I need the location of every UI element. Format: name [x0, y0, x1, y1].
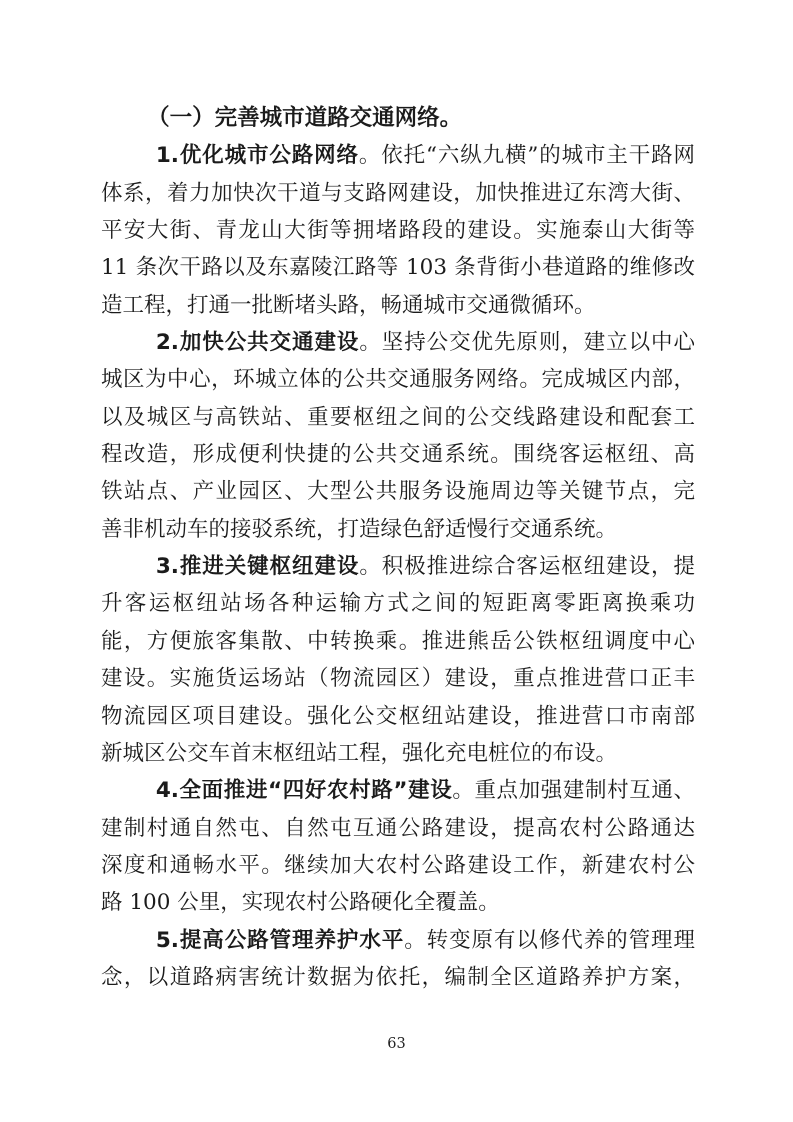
line-text: 路 100 公里，实现农村公路硬化全覆盖。 — [101, 890, 500, 915]
text-line: 造工程，打通一批断堵头路，畅通城市交通微循环。 — [101, 287, 695, 324]
line-text: 升客运枢纽站场各种运输方式之间的短距离零距离换乘功 — [101, 591, 695, 616]
line-text: 深度和通畅水平。继续加大农村公路建设工作，新建农村公 — [101, 853, 695, 878]
page-number: 63 — [0, 1034, 793, 1054]
document-body: （一）完善城市道路交通网络。1.优化城市公路网络。依托“六纵九横”的城市主干路网… — [101, 100, 695, 996]
line-text: 善非机动车的接驳系统，打造绿色舒适慢行交通系统。 — [101, 517, 617, 542]
line-text: 。依托“六纵九横”的城市主干路网 — [359, 143, 695, 168]
line-text: 体系，着力加快次干道与支路网建设，加快推进辽东湾大街、 — [101, 181, 695, 206]
text-line: 新城区公交车首末枢纽站工程，强化充电桩位的布设。 — [101, 735, 695, 772]
line-text: 11 条次干路以及东嘉陵江路等 103 条背街小巷道路的维修改 — [101, 255, 695, 280]
line-text: 建设。实施货运场站（物流园区）建设，重点推进营口正丰 — [101, 666, 695, 691]
text-line: 物流园区项目建设。强化公交枢纽站建设，推进营口市南部 — [101, 698, 695, 735]
text-line: 1.优化城市公路网络。依托“六纵九横”的城市主干路网 — [101, 137, 695, 174]
text-line: 11 条次干路以及东嘉陵江路等 103 条背街小巷道路的维修改 — [101, 249, 695, 286]
text-line: 念，以道路病害统计数据为依托，编制全区道路养护方案， — [101, 959, 695, 996]
text-line: 能，方便旅客集散、中转换乘。推进熊岳公铁枢纽调度中心 — [101, 623, 695, 660]
line-text: 造工程，打通一批断堵头路，畅通城市交通微循环。 — [101, 293, 596, 318]
text-line: 平安大街、青龙山大街等拥堵路段的建设。实施泰山大街等 — [101, 212, 695, 249]
text-line: 建制村通自然屯、自然屯互通公路建设，提高农村公路通达 — [101, 810, 695, 847]
text-line: 路 100 公里，实现农村公路硬化全覆盖。 — [101, 884, 695, 921]
text-line: 善非机动车的接驳系统，打造绿色舒适慢行交通系统。 — [101, 511, 695, 548]
text-line: 2.加快公共交通建设。坚持公交优先原则，建立以中心 — [101, 324, 695, 361]
text-line: 4.全面推进“四好农村路”建设。重点加强建制村互通、 — [101, 772, 695, 809]
text-line: 3.推进关键枢纽建设。积极推进综合客运枢纽建设，提 — [101, 548, 695, 585]
line-text: 。积极推进综合客运枢纽建设，提 — [359, 554, 695, 579]
text-line: 建设。实施货运场站（物流园区）建设，重点推进营口正丰 — [101, 660, 695, 697]
paragraph-lead-bold: 1.优化城市公路网络 — [156, 143, 359, 168]
document-page: （一）完善城市道路交通网络。1.优化城市公路网络。依托“六纵九横”的城市主干路网… — [0, 0, 793, 1122]
text-line: 5.提高公路管理养护水平。转变原有以修代养的管理理 — [101, 922, 695, 959]
line-text: 念，以道路病害统计数据为依托，编制全区道路养护方案， — [101, 965, 695, 990]
paragraph-lead-bold: 2.加快公共交通建设 — [156, 330, 360, 355]
text-line: 体系，着力加快次干道与支路网建设，加快推进辽东湾大街、 — [101, 175, 695, 212]
paragraph-lead-bold: 3.推进关键枢纽建设 — [156, 554, 360, 579]
line-text: （一）完善城市道路交通网络。 — [147, 105, 462, 131]
line-text: 能，方便旅客集散、中转换乘。推进熊岳公铁枢纽调度中心 — [101, 629, 695, 654]
line-text: 城区为中心，环城立体的公共交通服务网络。完成城区内部， — [101, 367, 695, 392]
text-line: 城区为中心，环城立体的公共交通服务网络。完成城区内部， — [101, 361, 695, 398]
line-text: 新城区公交车首末枢纽站工程，强化充电桩位的布设。 — [101, 741, 617, 766]
line-text: 建制村通自然屯、自然屯互通公路建设，提高农村公路通达 — [101, 816, 695, 841]
line-text: 程改造，形成便利快捷的公共交通系统。围绕客运枢纽、高 — [101, 442, 695, 467]
line-text: 。坚持公交优先原则，建立以中心 — [359, 330, 695, 355]
paragraph-lead-bold: 5.提高公路管理养护水平 — [156, 928, 404, 953]
line-text: 以及城区与高铁站、重要枢纽之间的公交线路建设和配套工 — [101, 405, 695, 430]
text-line: 深度和通畅水平。继续加大农村公路建设工作，新建农村公 — [101, 847, 695, 884]
section-heading: （一）完善城市道路交通网络。 — [101, 100, 695, 137]
line-text: 。重点加强建制村互通、 — [452, 778, 695, 803]
text-line: 以及城区与高铁站、重要枢纽之间的公交线路建设和配套工 — [101, 399, 695, 436]
text-line: 程改造，形成便利快捷的公共交通系统。围绕客运枢纽、高 — [101, 436, 695, 473]
line-text: 铁站点、产业园区、大型公共服务设施周边等关键节点，完 — [101, 479, 695, 504]
text-line: 铁站点、产业园区、大型公共服务设施周边等关键节点，完 — [101, 473, 695, 510]
line-text: 物流园区项目建设。强化公交枢纽站建设，推进营口市南部 — [101, 704, 695, 729]
paragraph-lead-bold: 4.全面推进“四好农村路”建设 — [156, 778, 453, 803]
line-text: 。转变原有以修代养的管理理 — [404, 928, 695, 953]
text-line: 升客运枢纽站场各种运输方式之间的短距离零距离换乘功 — [101, 585, 695, 622]
line-text: 平安大街、青龙山大街等拥堵路段的建设。实施泰山大街等 — [101, 218, 695, 243]
